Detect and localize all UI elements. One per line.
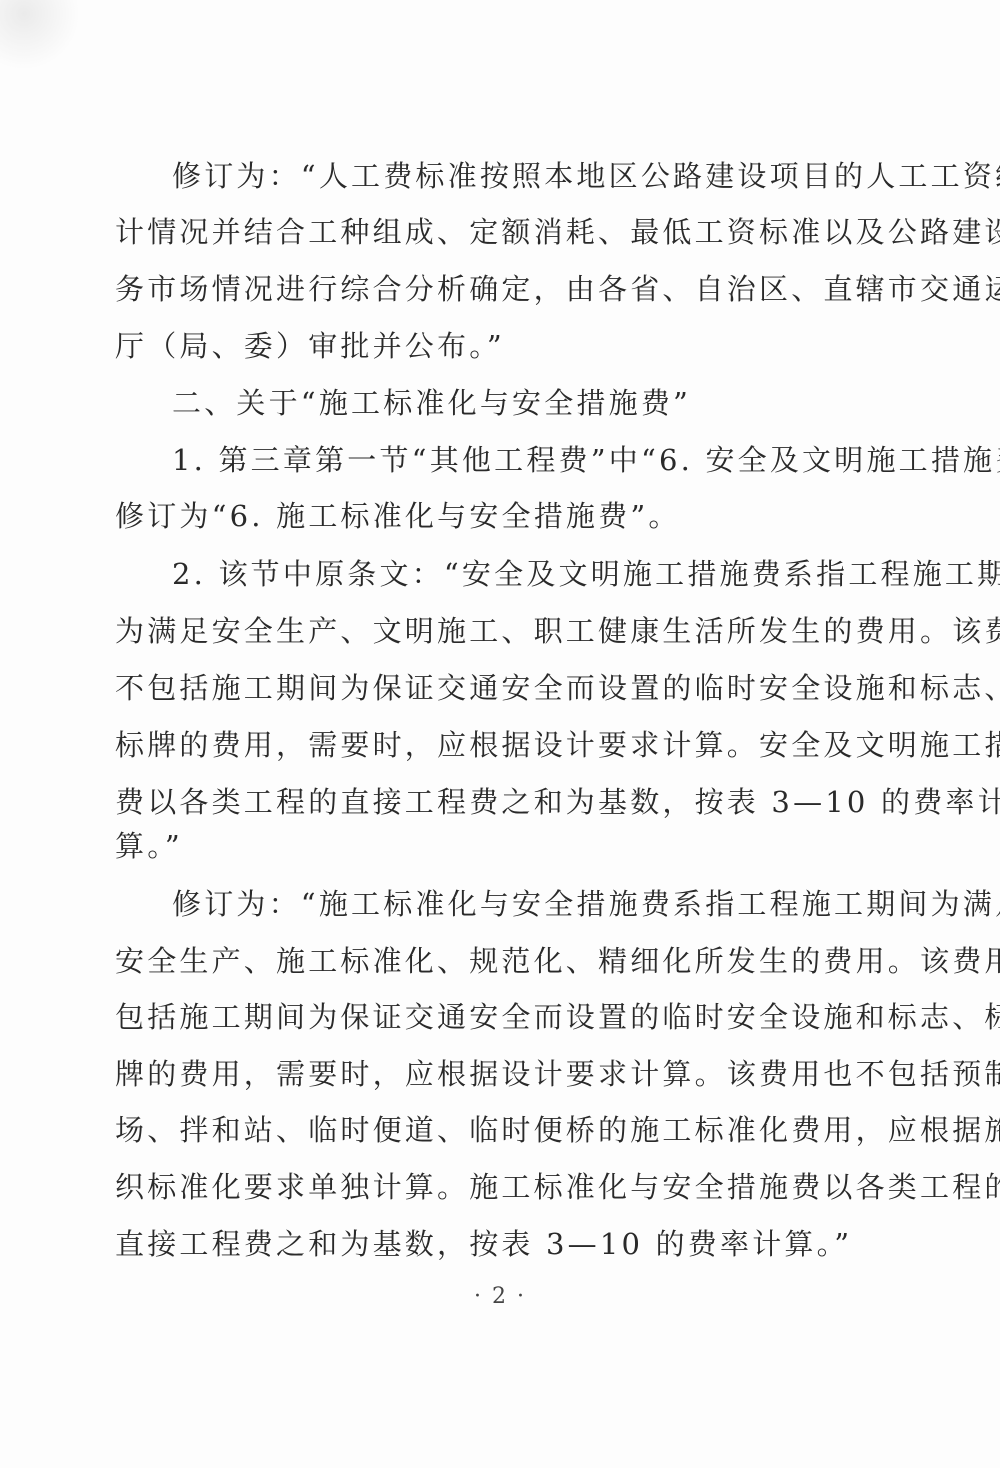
- document-page: 修订为：“人工费标准按照本地区公路建设项目的人工工资统 计情况并结合工种组成、定…: [0, 0, 1000, 1468]
- paragraph-3-line-2: 修订为“6. 施工标准化与安全措施费”。: [115, 498, 855, 534]
- paragraph-4-line-4: 标牌的费用，需要时，应根据设计要求计算。安全及文明施工措施: [115, 727, 855, 763]
- paragraph-3-line-1: 1. 第三章第一节“其他工程费”中“6. 安全及文明施工措施费”: [172, 442, 912, 478]
- paragraph-5-line-7: 直接工程费之和为基数，按表 3—10 的费率计算。”: [115, 1226, 855, 1262]
- paragraph-5-line-5: 场、拌和站、临时便道、临时便桥的施工标准化费用，应根据施工组: [115, 1112, 855, 1148]
- paragraph-1-line-1: 修订为：“人工费标准按照本地区公路建设项目的人工工资统: [172, 158, 912, 194]
- paragraph-1-line-4: 厅（局、委）审批并公布。”: [115, 328, 855, 364]
- paragraph-5-line-6: 织标准化要求单独计算。施工标准化与安全措施费以各类工程的: [115, 1169, 855, 1205]
- paragraph-4-line-3: 不包括施工期间为保证交通安全而设置的临时安全设施和标志、: [115, 670, 855, 706]
- paragraph-4-line-1: 2. 该节中原条文：“安全及文明施工措施费系指工程施工期间: [172, 556, 912, 592]
- paragraph-5-line-1: 修订为：“施工标准化与安全措施费系指工程施工期间为满足: [172, 886, 912, 922]
- paragraph-1-line-3: 务市场情况进行综合分析确定，由各省、自治区、直辖市交通运输: [115, 271, 855, 307]
- paragraph-4-line-6: 算。”: [115, 828, 855, 864]
- section-heading-2: 二、关于“施工标准化与安全措施费”: [172, 385, 912, 421]
- paragraph-4-line-2: 为满足安全生产、文明施工、职工健康生活所发生的费用。该费用: [115, 613, 855, 649]
- paragraph-5-line-3: 包括施工期间为保证交通安全而设置的临时安全设施和标志、标: [115, 999, 855, 1035]
- paragraph-5-line-4: 牌的费用，需要时，应根据设计要求计算。该费用也不包括预制: [115, 1056, 855, 1092]
- paragraph-4-line-5: 费以各类工程的直接工程费之和为基数，按表 3—10 的费率计: [115, 784, 855, 820]
- page-number: · 2 ·: [0, 1284, 1000, 1309]
- scan-smudge: [0, 0, 80, 70]
- paragraph-1-line-2: 计情况并结合工种组成、定额消耗、最低工资标准以及公路建设劳: [115, 214, 855, 250]
- paragraph-5-line-2: 安全生产、施工标准化、规范化、精细化所发生的费用。该费用不: [115, 943, 855, 979]
